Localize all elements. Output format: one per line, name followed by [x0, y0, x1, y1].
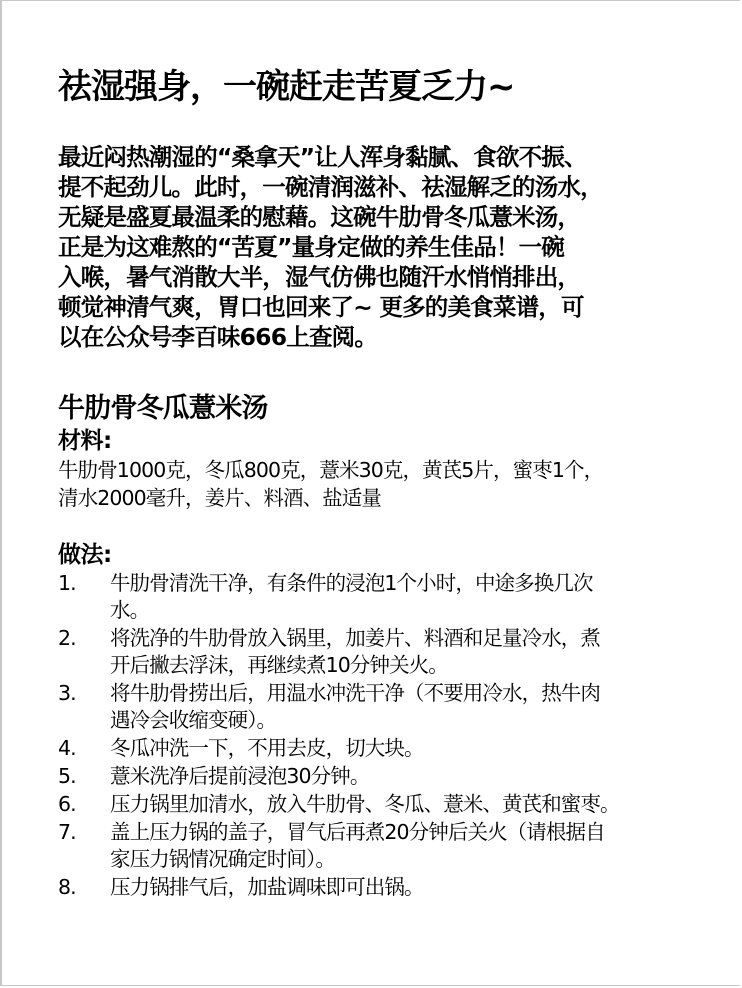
step-text: 盖上压力锅的盖子，冒气后再煮20分钟后关火（请根据自 家压力锅情况确定时间）。 [110, 819, 738, 873]
intro-line: 无疑是盛夏最温柔的慰藉。这碗牛肋骨冬瓜薏米汤， [58, 202, 708, 232]
step-line: 将牛肋骨捞出后，用温水冲洗干净（不要用冷水，热牛肉 [110, 680, 738, 707]
step-text: 薏米洗净后提前浸泡30分钟。 [110, 763, 738, 790]
step-item: 4. 冬瓜冲洗一下，不用去皮，切大块。 [58, 735, 738, 762]
intro-line: 以在公众号李百味666上查阅。 [58, 322, 708, 352]
step-line: 将洗净的牛肋骨放入锅里，加姜片、料酒和足量冷水，煮 [110, 625, 738, 652]
step-line: 薏米洗净后提前浸泡30分钟。 [110, 763, 738, 790]
recipe-title: 牛肋骨冬瓜薏米汤 [58, 392, 738, 426]
method-label: 做法: [58, 540, 738, 570]
step-number: 6. [58, 791, 110, 818]
step-item: 3. 将牛肋骨捞出后，用温水冲洗干净（不要用冷水，热牛肉 遇冷会收缩变硬）。 [58, 680, 738, 734]
document-content: 祛湿强身，一碗赶走苦夏乏力~ 最近闷热潮湿的“桑拿天”让人浑身黏腻、食欲不振、 … [58, 62, 738, 902]
article-title: 祛湿强身，一碗赶走苦夏乏力~ [58, 62, 738, 112]
step-text: 将牛肋骨捞出后，用温水冲洗干净（不要用冷水，热牛肉 遇冷会收缩变硬）。 [110, 680, 738, 734]
step-item: 6. 压力锅里加清水，放入牛肋骨、冬瓜、薏米、黄芪和蜜枣。 [58, 791, 738, 818]
step-number: 7. [58, 819, 110, 873]
step-text: 压力锅里加清水，放入牛肋骨、冬瓜、薏米、黄芪和蜜枣。 [110, 791, 738, 818]
step-text: 压力锅排气后，加盐调味即可出锅。 [110, 874, 738, 901]
step-item: 1. 牛肋骨清洗干净，有条件的浸泡1个小时，中途多换几次 水。 [58, 570, 738, 624]
ingredients-line: 清水2000毫升，姜片、料酒、盐适量 [58, 484, 738, 512]
step-number: 5. [58, 763, 110, 790]
step-line: 遇冷会收缩变硬）。 [110, 707, 738, 734]
intro-line: 提不起劲儿。此时，一碗清润滋补、祛湿解乏的汤水， [58, 172, 708, 202]
step-number: 3. [58, 680, 110, 734]
step-text: 牛肋骨清洗干净，有条件的浸泡1个小时，中途多换几次 水。 [110, 570, 738, 624]
step-line: 家压力锅情况确定时间）。 [110, 846, 738, 873]
intro-line: 顿觉神清气爽，胃口也回来了~ 更多的美食菜谱，可 [58, 292, 708, 322]
step-number: 8. [58, 874, 110, 901]
step-number: 2. [58, 625, 110, 679]
step-number: 4. [58, 735, 110, 762]
step-line: 压力锅排气后，加盐调味即可出锅。 [110, 874, 738, 901]
ingredients-label: 材料: [58, 426, 738, 456]
intro-line: 入喉，暑气消散大半，湿气仿佛也随汗水悄悄排出， [58, 262, 708, 292]
step-text: 将洗净的牛肋骨放入锅里，加姜片、料酒和足量冷水，煮 开后撇去浮沫，再继续煮10分… [110, 625, 738, 679]
step-number: 1. [58, 570, 110, 624]
step-line: 牛肋骨清洗干净，有条件的浸泡1个小时，中途多换几次 [110, 570, 738, 597]
intro-line: 最近闷热潮湿的“桑拿天”让人浑身黏腻、食欲不振、 [58, 142, 708, 172]
step-line: 压力锅里加清水，放入牛肋骨、冬瓜、薏米、黄芪和蜜枣。 [110, 791, 738, 818]
step-text: 冬瓜冲洗一下，不用去皮，切大块。 [110, 735, 738, 762]
step-item: 8. 压力锅排气后，加盐调味即可出锅。 [58, 874, 738, 901]
ingredients-line: 牛肋骨1000克，冬瓜800克，薏米30克，黄芪5片，蜜枣1个， [58, 456, 738, 484]
method-steps: 1. 牛肋骨清洗干净，有条件的浸泡1个小时，中途多换几次 水。 2. 将洗净的牛… [58, 570, 738, 901]
step-item: 5. 薏米洗净后提前浸泡30分钟。 [58, 763, 738, 790]
step-line: 水。 [110, 597, 738, 624]
intro-line: 正是为这难熬的“苦夏”量身定做的养生佳品！一碗 [58, 232, 708, 262]
step-item: 7. 盖上压力锅的盖子，冒气后再煮20分钟后关火（请根据自 家压力锅情况确定时间… [58, 819, 738, 873]
step-line: 开后撇去浮沫，再继续煮10分钟关火。 [110, 652, 738, 679]
ingredients-list: 牛肋骨1000克，冬瓜800克，薏米30克，黄芪5片，蜜枣1个， 清水2000毫… [58, 456, 738, 512]
step-item: 2. 将洗净的牛肋骨放入锅里，加姜片、料酒和足量冷水，煮 开后撇去浮沫，再继续煮… [58, 625, 738, 679]
step-line: 冬瓜冲洗一下，不用去皮，切大块。 [110, 735, 738, 762]
intro-paragraph: 最近闷热潮湿的“桑拿天”让人浑身黏腻、食欲不振、 提不起劲儿。此时，一碗清润滋补… [58, 142, 708, 352]
step-line: 盖上压力锅的盖子，冒气后再煮20分钟后关火（请根据自 [110, 819, 738, 846]
